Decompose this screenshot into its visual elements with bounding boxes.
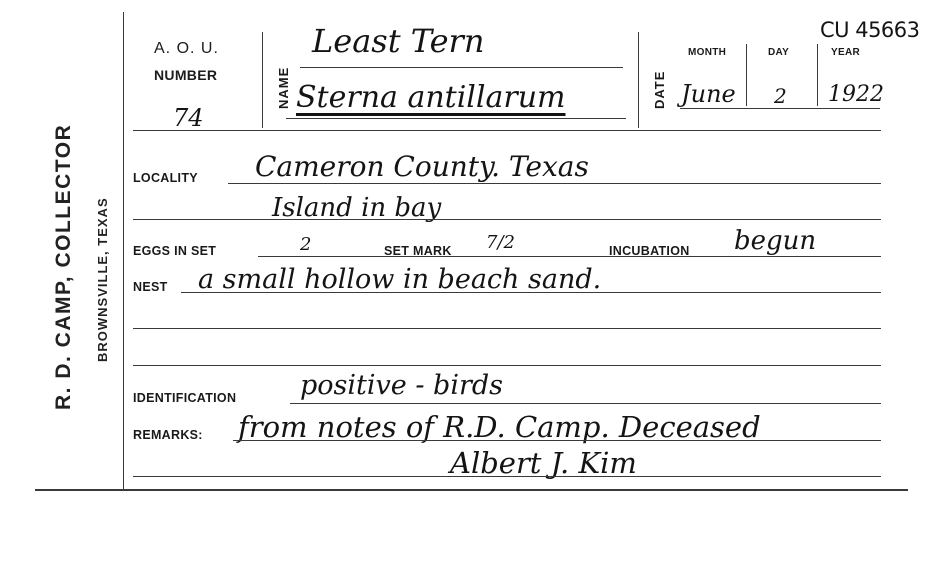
sidebar-divider [123, 12, 124, 490]
year-label: YEAR [831, 47, 860, 58]
set-mark-value: 7/2 [486, 232, 515, 253]
nest-line [181, 292, 881, 293]
incubation-value: begun [734, 226, 816, 256]
eggs-in-set-value: 2 [300, 234, 311, 255]
year-value: 1922 [828, 82, 884, 107]
eggs-line [258, 256, 881, 257]
name-date-divider [638, 32, 639, 128]
locality-line2 [133, 219, 881, 220]
date-line [680, 108, 880, 109]
scientific-name-line [286, 118, 626, 119]
common-name-value: Least Tern [312, 22, 484, 60]
remarks-label: REMARKS: [133, 428, 203, 442]
remarks-signature: Albert J. Kim [450, 446, 637, 480]
collector-location: BROWNSVILLE, TEXAS [95, 197, 110, 362]
blank-line-2 [133, 365, 881, 366]
identification-value: positive - birds [300, 370, 503, 401]
nest-label: NEST [133, 280, 168, 294]
catalog-number: CU 45663 [820, 18, 920, 42]
eggs-in-set-label: EGGS IN SET [133, 244, 216, 258]
date-label: DATE [652, 71, 667, 109]
aou-number-value: 74 [173, 104, 204, 132]
remarks-line1-value: from notes of R.D. Camp. Deceased [238, 410, 761, 444]
aou-divider [262, 32, 263, 128]
month-label: MONTH [688, 47, 726, 58]
blank-line-1 [133, 328, 881, 329]
identification-label: IDENTIFICATION [133, 391, 236, 405]
locality-line1 [228, 183, 881, 184]
identification-line [290, 403, 881, 404]
collector-name: R. D. CAMP, COLLECTOR [52, 124, 76, 410]
day-year-divider [817, 44, 818, 106]
name-label: NAME [276, 67, 291, 109]
day-label: DAY [768, 47, 789, 58]
month-day-divider [746, 44, 747, 106]
aou-label-line2: NUMBER [154, 67, 217, 83]
locality-label: LOCALITY [133, 171, 198, 185]
scientific-name-value: Sterna antillarum [296, 80, 566, 115]
remarks-line1 [233, 440, 881, 441]
nest-value: a small hollow in beach sand. [198, 264, 601, 295]
header-bottom-line [133, 130, 881, 131]
remarks-line2 [133, 476, 881, 477]
locality-line1-value: Cameron County. Texas [255, 150, 589, 183]
card-bottom-border [35, 489, 908, 491]
day-value: 2 [774, 84, 787, 108]
month-value: June [681, 80, 736, 108]
aou-label-line1: A. O. U. [154, 40, 219, 58]
common-name-line [300, 67, 623, 68]
